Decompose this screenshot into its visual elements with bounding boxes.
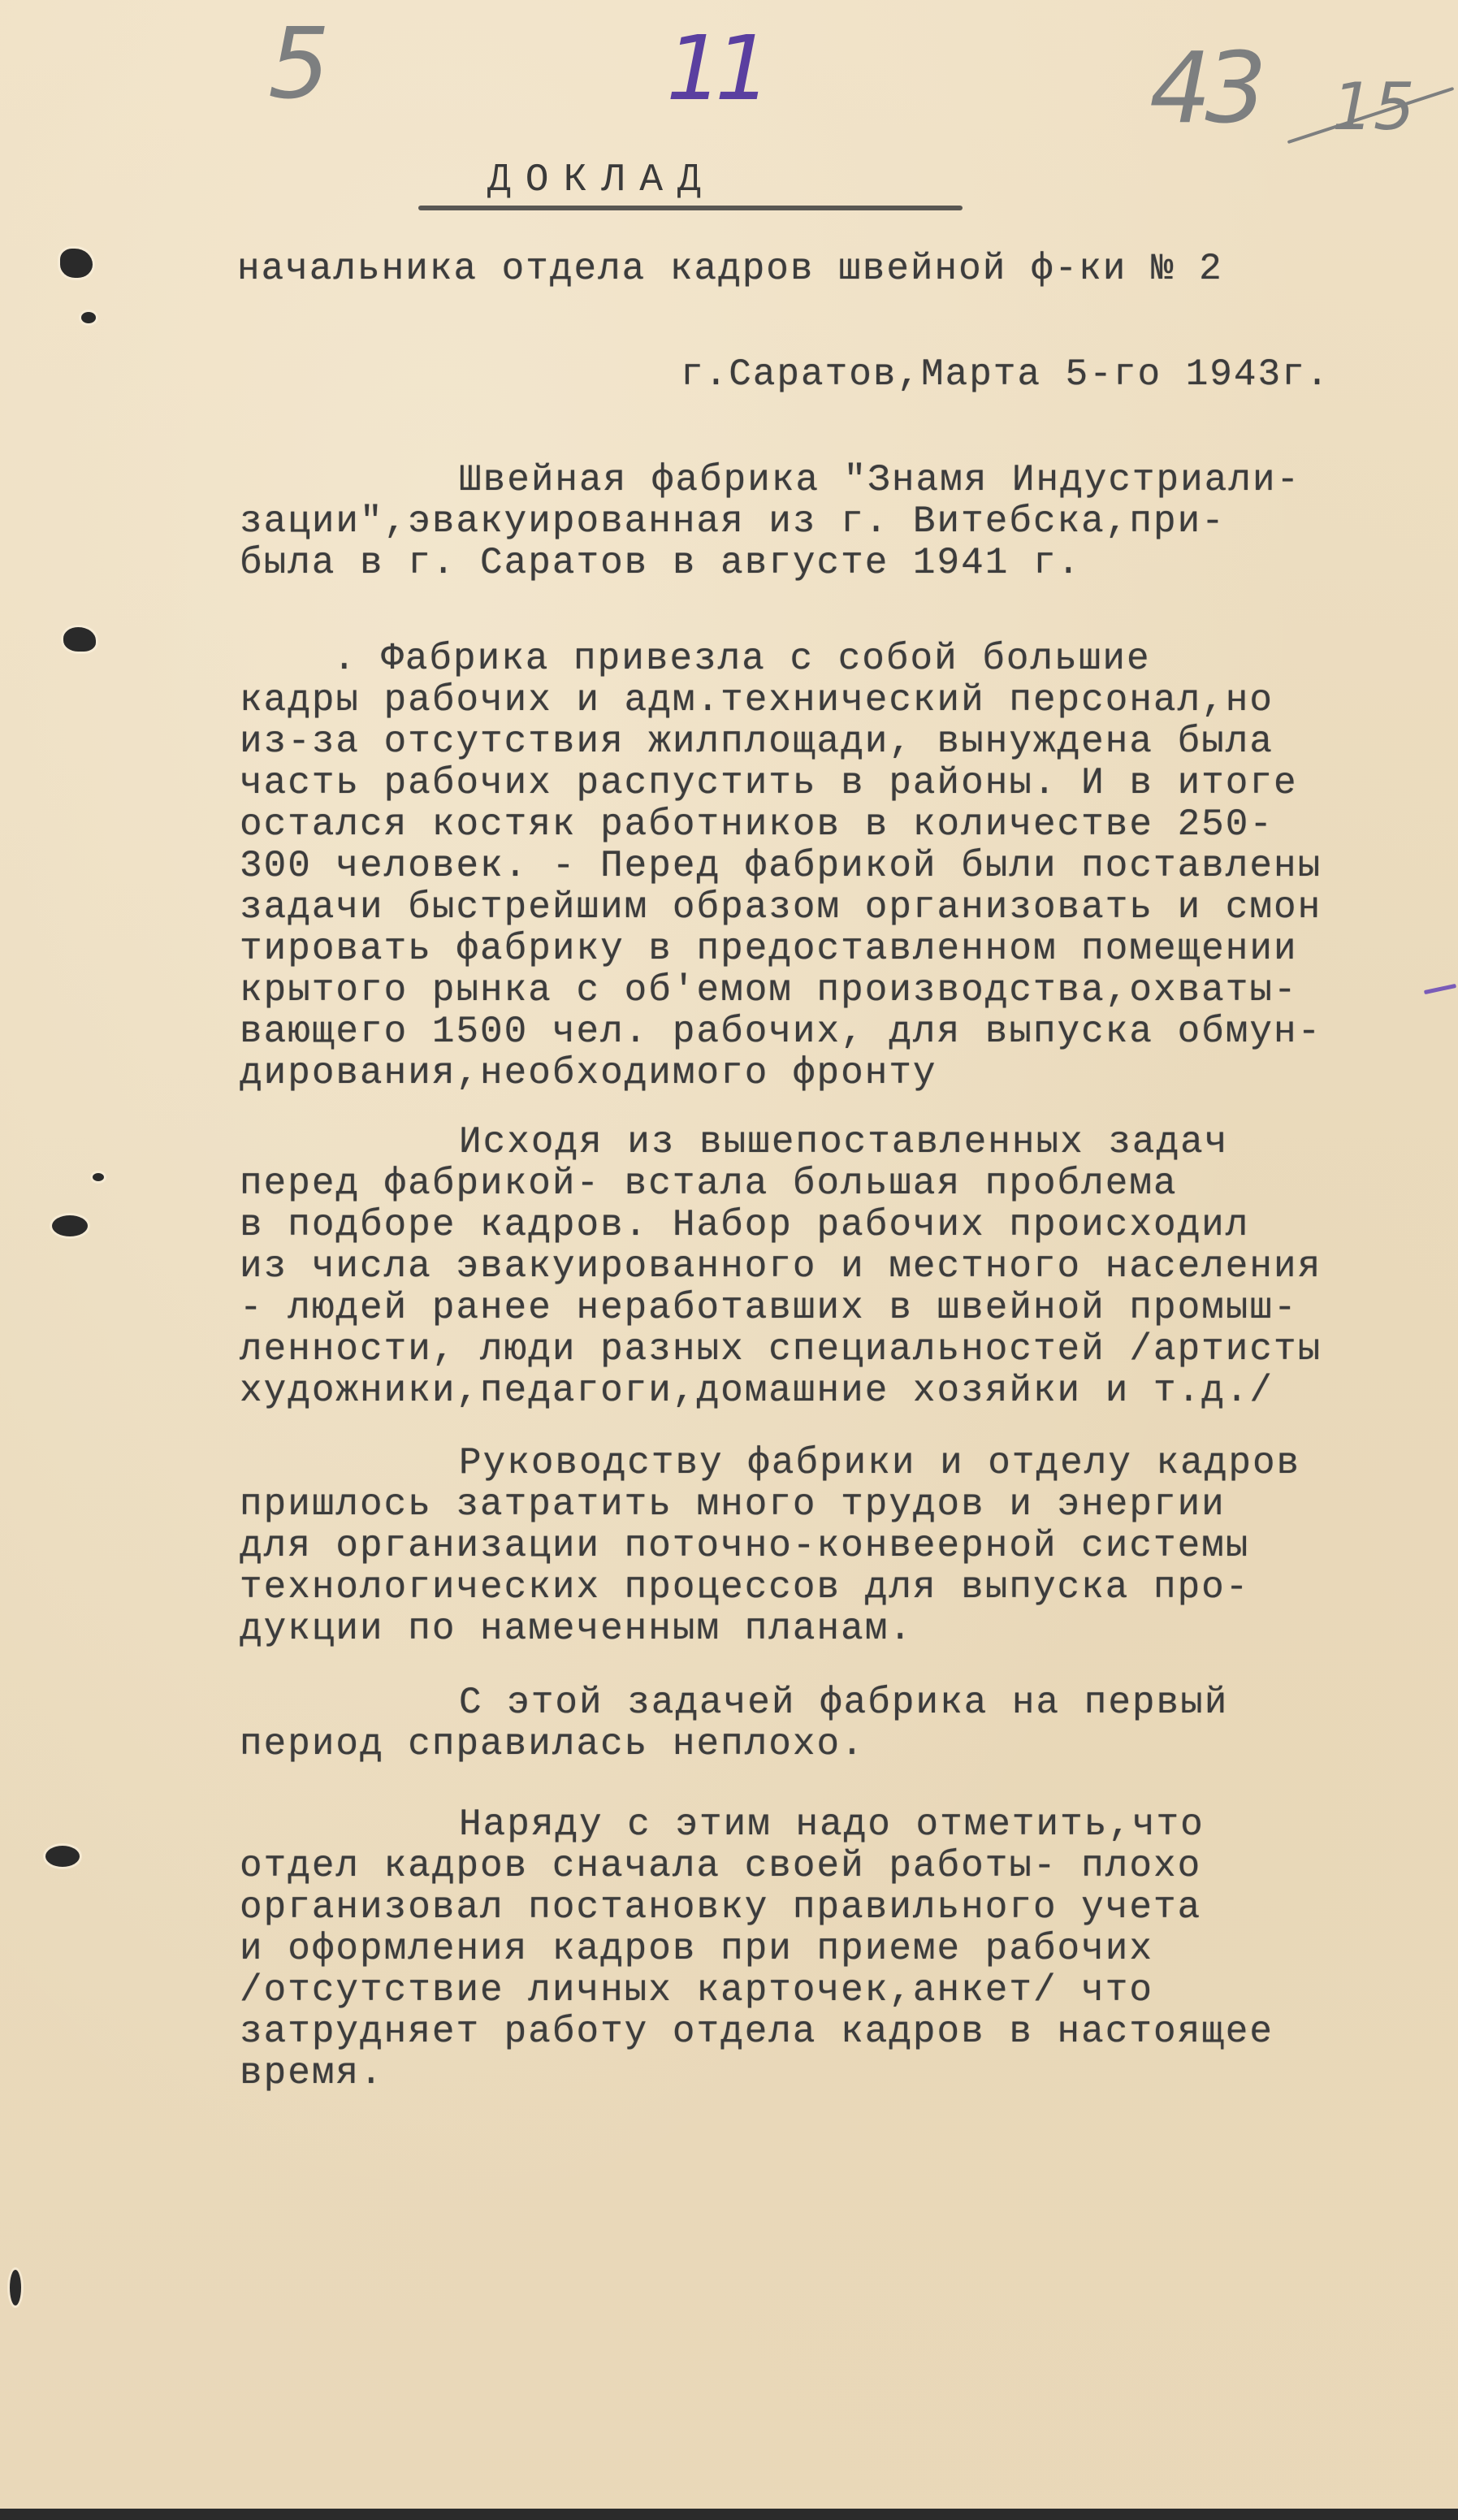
title-underline <box>418 206 963 210</box>
document-line: С этой задачей фабрика на первый <box>459 1682 1228 1724</box>
document-line: зации",эвакуированная из г. Витебска,при… <box>240 500 1226 543</box>
document-line: и оформления кадров при приеме рабочих <box>240 1928 1153 1970</box>
handwritten-number-center: 11 <box>666 16 764 120</box>
document-line: крытого рынка с об'емом производства,охв… <box>240 969 1298 1011</box>
document-line: кадры рабочих и адм.технический персонал… <box>240 679 1274 721</box>
document-line: отдел кадров сначала своей работы- плохо <box>240 1845 1201 1887</box>
document-line: организовал постановку правильного учета <box>240 1886 1201 1929</box>
document-line: время. <box>240 2052 384 2094</box>
binder-hole <box>60 249 93 278</box>
document-line: Руководству фабрики и отделу кадров <box>459 1442 1300 1484</box>
document-line: перед фабрикой- встала большая проблема <box>240 1163 1178 1205</box>
document-line: дукции по намеченным планам. <box>240 1608 913 1650</box>
binder-hole <box>52 1215 88 1236</box>
document-line: технологических процессов для выпуска пр… <box>240 1566 1249 1609</box>
document-line: в подборе кадров. Набор рабочих происход… <box>240 1204 1249 1246</box>
document-line: часть рабочих распустить в районы. И в и… <box>240 762 1298 804</box>
binder-hole <box>81 312 96 323</box>
document-line: дирования,необходимого фронту <box>240 1052 937 1094</box>
document-line: для организации поточно-конвеерной систе… <box>240 1525 1249 1567</box>
handwritten-number-right: 43 <box>1149 32 1261 145</box>
document-title: ДОКЛАД <box>487 158 716 202</box>
document-line: художники,педагоги,домашние хозяйки и т.… <box>240 1370 1274 1412</box>
binder-hole <box>10 2270 21 2306</box>
document-line: Наряду с этим надо отметить,что <box>459 1803 1205 1846</box>
document-line: Исходя из вышепоставленных задач <box>459 1121 1228 1163</box>
document-line: пришлось затратить много трудов и энерги… <box>240 1483 1226 1526</box>
place-date: г.Саратов,Марта 5-го 1943г. <box>681 353 1330 396</box>
document-line: - людей ранее неработавших в швейной про… <box>240 1287 1298 1329</box>
binder-hole <box>63 627 96 652</box>
document-line: 300 человек. - Перед фабрикой были поста… <box>240 845 1322 887</box>
document-line: из числа эвакуированного и местного насе… <box>240 1245 1322 1288</box>
document-line: период справилась неплохо. <box>240 1723 865 1765</box>
document-line: тировать фабрику в предоставленном помещ… <box>240 928 1298 970</box>
document-line: вающего 1500 чел. рабочих, для выпуска о… <box>240 1011 1322 1053</box>
binder-hole <box>45 1846 80 1867</box>
page-bottom-edge <box>0 2509 1458 2520</box>
document-line: . Фабрика привезла с собой большие <box>333 638 1151 680</box>
handwritten-number-left: 5 <box>268 8 330 121</box>
handwritten-number-crossed: 15 <box>1332 69 1415 145</box>
document-line: затрудняет работу отдела кадров в настоя… <box>240 2011 1274 2053</box>
document-subtitle: начальника отдела кадров швейной ф-ки № … <box>237 248 1223 290</box>
document-line: Швейная фабрика "Знамя Индустриали- <box>459 459 1300 501</box>
document-line: ленности, люди разных специальностей /ар… <box>240 1328 1322 1370</box>
document-line: остался костяк работников в количестве 2… <box>240 803 1274 846</box>
binder-hole <box>93 1173 104 1181</box>
document-line: была в г. Саратов в августе 1941 г. <box>240 542 1081 584</box>
document-line: задачи быстрейшим образом организовать и… <box>240 886 1322 929</box>
document-line: /отсутствие личных карточек,анкет/ что <box>240 1969 1153 2011</box>
document-line: из-за отсутствия жилплощади, вынуждена б… <box>240 721 1274 763</box>
